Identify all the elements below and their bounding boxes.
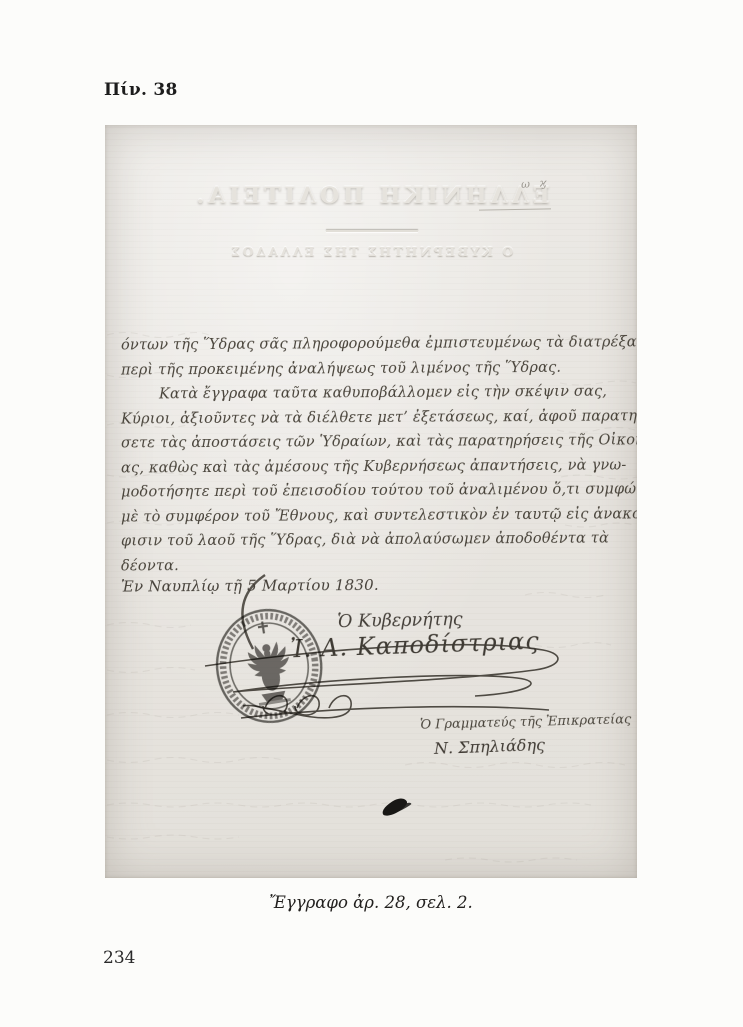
handwritten-line: μὲ τὸ συμφέρον τοῦ Ἔθνους, καὶ συντελεστ… bbox=[121, 507, 625, 525]
embossed-letterhead-subtitle: Ο ΚΥΒΕΡΝΗΤΗΣ ΤΗΣ ΕΛΛΑΔΟΣ bbox=[105, 241, 637, 260]
handwritten-line: Κατὰ ἔγγραφα ταῦτα καθυποβάλλομεν εἰς τὴ… bbox=[159, 385, 625, 402]
handwritten-line: ας, καθὼς καὶ τὰς ἀμέσους τῆς Κυβερνήσεω… bbox=[121, 458, 625, 476]
embossed-letterhead: ΕΛΛΗΝΙΚΗ ΠΟΛΙΤΕΙΑ. bbox=[105, 183, 637, 209]
pencil-annotation: ω ϗ bbox=[520, 176, 549, 191]
date-line: Ἐν Ναυπλίῳ τῇ 5 Μαρτίου 1830. bbox=[121, 576, 625, 594]
spiliadis-signature: Ν. Σπηλιάδης bbox=[434, 735, 546, 758]
page-number: 234 bbox=[103, 948, 135, 968]
letterhead-title: ΕΛΛΗΝΙΚΗ ΠΟΛΙΤΕΙΑ. bbox=[192, 183, 549, 209]
handwritten-line: μοδοτήσητε περὶ τοῦ ἐπεισοδίου τούτου το… bbox=[121, 482, 625, 500]
handwritten-line: περὶ τῆς προκειμένης ἀναλήψεως τοῦ λιμέν… bbox=[121, 360, 625, 378]
bleed-through-texture bbox=[105, 125, 637, 878]
handwritten-line: φισιν τοῦ λαοῦ τῆς Ὕδρας, διὰ νὰ ἀπολαύσ… bbox=[121, 531, 625, 549]
handwritten-line: σετε τὰς ἀποστάσεις τῶν Ὑδραίων, καὶ τὰς… bbox=[121, 433, 625, 451]
plate-label: Πίν. 38 bbox=[104, 80, 178, 100]
phoenix-seal-stamp bbox=[204, 597, 333, 733]
handwritten-line: δέοντα. bbox=[121, 556, 625, 574]
letterhead-rule bbox=[326, 230, 418, 232]
figure-caption: Ἔγγραφο ἀρ. 28, σελ. 2. bbox=[105, 893, 637, 912]
handwritten-line: όντων τῆς Ὕδρας σᾶς πληροφορούμεθα ἐμπισ… bbox=[121, 335, 625, 353]
document-scan-photo: ΕΛΛΗΝΙΚΗ ΠΟΛΙΤΕΙΑ. Ο ΚΥΒΕΡΝΗΤΗΣ ΤΗΣ ΕΛΛΑ… bbox=[105, 125, 637, 878]
letterhead-subtitle: Ο ΚΥΒΕΡΝΗΤΗΣ ΤΗΣ ΕΛΛΑΔΟΣ bbox=[229, 244, 513, 259]
handwritten-line: Κύριοι, ἀξιοῦντες νὰ τὰ διέλθετε μετ’ ἐξ… bbox=[121, 409, 625, 427]
